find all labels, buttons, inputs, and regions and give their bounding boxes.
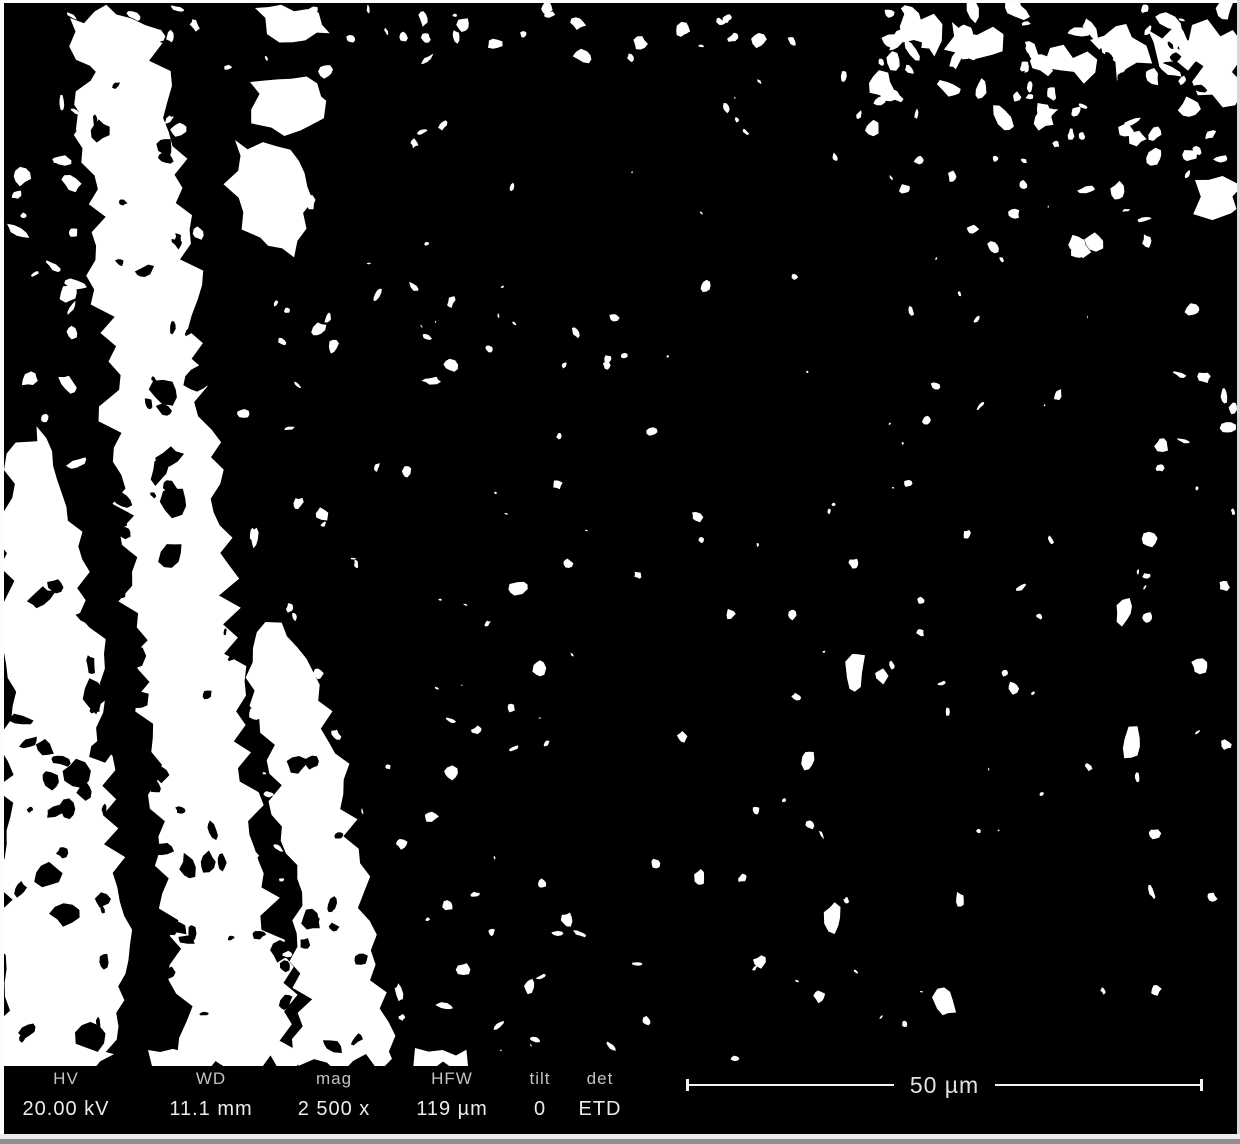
databar-label-hfw: HFW — [416, 1069, 488, 1089]
databar-value-wd: 11.1 mm — [169, 1098, 252, 1120]
scale-bar-label: 50 µm — [894, 1072, 995, 1099]
databar-label-hv: HV — [23, 1069, 110, 1089]
databar-field-det: det ETD — [579, 1069, 622, 1120]
databar-field-mag: mag 2 500 x — [298, 1069, 371, 1120]
databar-label-det: det — [579, 1069, 622, 1089]
databar-field-hv: HV 20.00 kV — [23, 1069, 110, 1120]
databar-value-det: ETD — [579, 1098, 622, 1120]
frame-left-edge — [0, 0, 4, 1139]
scale-bar: 50 µm — [686, 1072, 1203, 1098]
sem-databar: HV 20.00 kV WD 11.1 mm mag 2 500 x HFW 1… — [4, 1066, 1237, 1134]
databar-label-mag: mag — [298, 1069, 371, 1089]
scale-bar-right-line — [995, 1084, 1200, 1086]
databar-field-tilt: tilt 0 — [530, 1069, 551, 1120]
databar-value-hfw: 119 µm — [416, 1098, 488, 1120]
databar-value-hv: 20.00 kV — [23, 1098, 110, 1120]
databar-label-tilt: tilt — [530, 1069, 551, 1089]
sem-figure: HV 20.00 kV WD 11.1 mm mag 2 500 x HFW 1… — [0, 0, 1240, 1144]
databar-field-wd: WD 11.1 mm — [169, 1069, 252, 1120]
frame-top-edge — [0, 0, 1240, 3]
scale-bar-left-line — [689, 1084, 894, 1086]
databar-field-hfw: HFW 119 µm — [416, 1069, 488, 1120]
scale-bar-right-tick — [1200, 1079, 1203, 1091]
databar-label-wd: WD — [169, 1069, 252, 1089]
databar-value-mag: 2 500 x — [298, 1098, 371, 1120]
frame-bottom-strip — [0, 1139, 1240, 1144]
sem-micrograph — [0, 0, 1240, 1066]
databar-value-tilt: 0 — [530, 1098, 551, 1120]
